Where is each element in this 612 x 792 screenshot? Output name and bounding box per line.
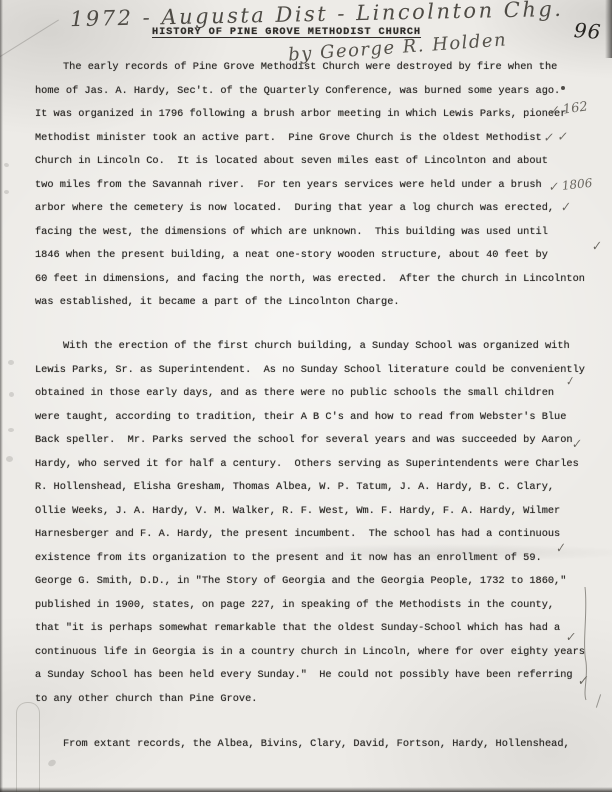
page-bottom-edge-shadow xyxy=(0,787,612,792)
text-line: facing the west, the dimensions of which… xyxy=(35,221,595,245)
text-line: to any other church than Pine Grove. xyxy=(35,688,595,712)
checkmark-annotation: ✓ xyxy=(570,436,582,451)
text-line: continuous life in Georgia is in a count… xyxy=(35,641,595,665)
text-line: Lewis Parks, Sr. as Superintendent. As n… xyxy=(35,359,595,383)
paper-artifact xyxy=(8,428,14,432)
text-line: 1846 when the present building, a neat o… xyxy=(35,244,595,268)
text-line: Hardy, who served it for half a century.… xyxy=(35,453,595,477)
document-page: 1972 - Augusta Dist - Lincolnton Chg. HI… xyxy=(0,0,612,792)
text-line: George G. Smith, D.D., in "The Story of … xyxy=(35,570,595,594)
paper-artifact xyxy=(9,392,14,397)
text-line: arbor where the cemetery is now located.… xyxy=(35,197,595,221)
paper-artifact xyxy=(3,162,9,167)
checkmark-double-annotation: ✓ ✓ xyxy=(543,129,568,145)
text-line: R. Hollenshead, Elisha Gresham, Thomas A… xyxy=(35,476,595,500)
checkmark-annotation: ✓ xyxy=(559,199,571,215)
page-number: 96 xyxy=(573,18,602,44)
paper-artifact xyxy=(8,360,14,365)
text-line: Back speller. Mr. Parks served the schoo… xyxy=(35,429,595,453)
text-line: published in 1900, states, on page 227, … xyxy=(35,594,595,618)
text-line: existence from its organization to the p… xyxy=(35,547,595,571)
paper-artifact xyxy=(4,190,9,194)
page-topright-edge-shadow xyxy=(605,0,612,58)
text-line: The early records of Pine Grove Methodis… xyxy=(35,56,595,80)
text-line: were taught, according to tradition, the… xyxy=(35,406,595,430)
paragraph: From extant records, the Albea, Bivins, … xyxy=(35,733,595,757)
text-line: that "it is perhaps somewhat remarkable … xyxy=(35,617,595,641)
paper-artifact xyxy=(6,456,13,462)
paper-clip-imprint xyxy=(16,702,40,792)
text-line: home of Jas. A. Hardy, Sec't. of the Qua… xyxy=(35,80,595,104)
paper-fold-mark xyxy=(0,20,59,58)
text-line: two miles from the Savannah river. For t… xyxy=(35,174,595,198)
text-line: Methodist minister took an active part. … xyxy=(35,127,595,151)
paragraph: The early records of Pine Grove Methodis… xyxy=(35,56,595,315)
text-line: Ollie Weeks, J. A. Hardy, V. M. Walker, … xyxy=(35,500,595,524)
text-line: With the erection of the first church bu… xyxy=(35,335,595,359)
text-line: was established, it became a part of the… xyxy=(35,291,595,315)
text-line: a Sunday School has been held every Sund… xyxy=(35,664,595,688)
paragraph: With the erection of the first church bu… xyxy=(35,335,595,711)
text-line: It was organized in 1796 following a bru… xyxy=(35,103,595,127)
text-line: obtained in those early days, and as the… xyxy=(35,382,595,406)
paper-artifact xyxy=(47,758,57,767)
checkmark-annotation: ✓ xyxy=(590,238,602,254)
text-line: From extant records, the Albea, Bivins, … xyxy=(35,733,595,757)
page-left-edge-shadow xyxy=(0,0,3,792)
checkmark-annotation: ✓ xyxy=(564,630,575,645)
checkmark-annotation: ✓ xyxy=(576,673,588,689)
text-line: Church in Lincoln Co. It is located abou… xyxy=(35,150,595,174)
ink-dot-artifact xyxy=(561,86,565,90)
text-line: Harnesberger and F. A. Hardy, the presen… xyxy=(35,523,595,547)
pencil-stroke-artifact xyxy=(596,694,601,708)
page-title: HISTORY OF PINE GROVE METHODIST CHURCH xyxy=(152,26,421,38)
text-line: 60 feet in dimensions, and facing the no… xyxy=(35,268,595,292)
